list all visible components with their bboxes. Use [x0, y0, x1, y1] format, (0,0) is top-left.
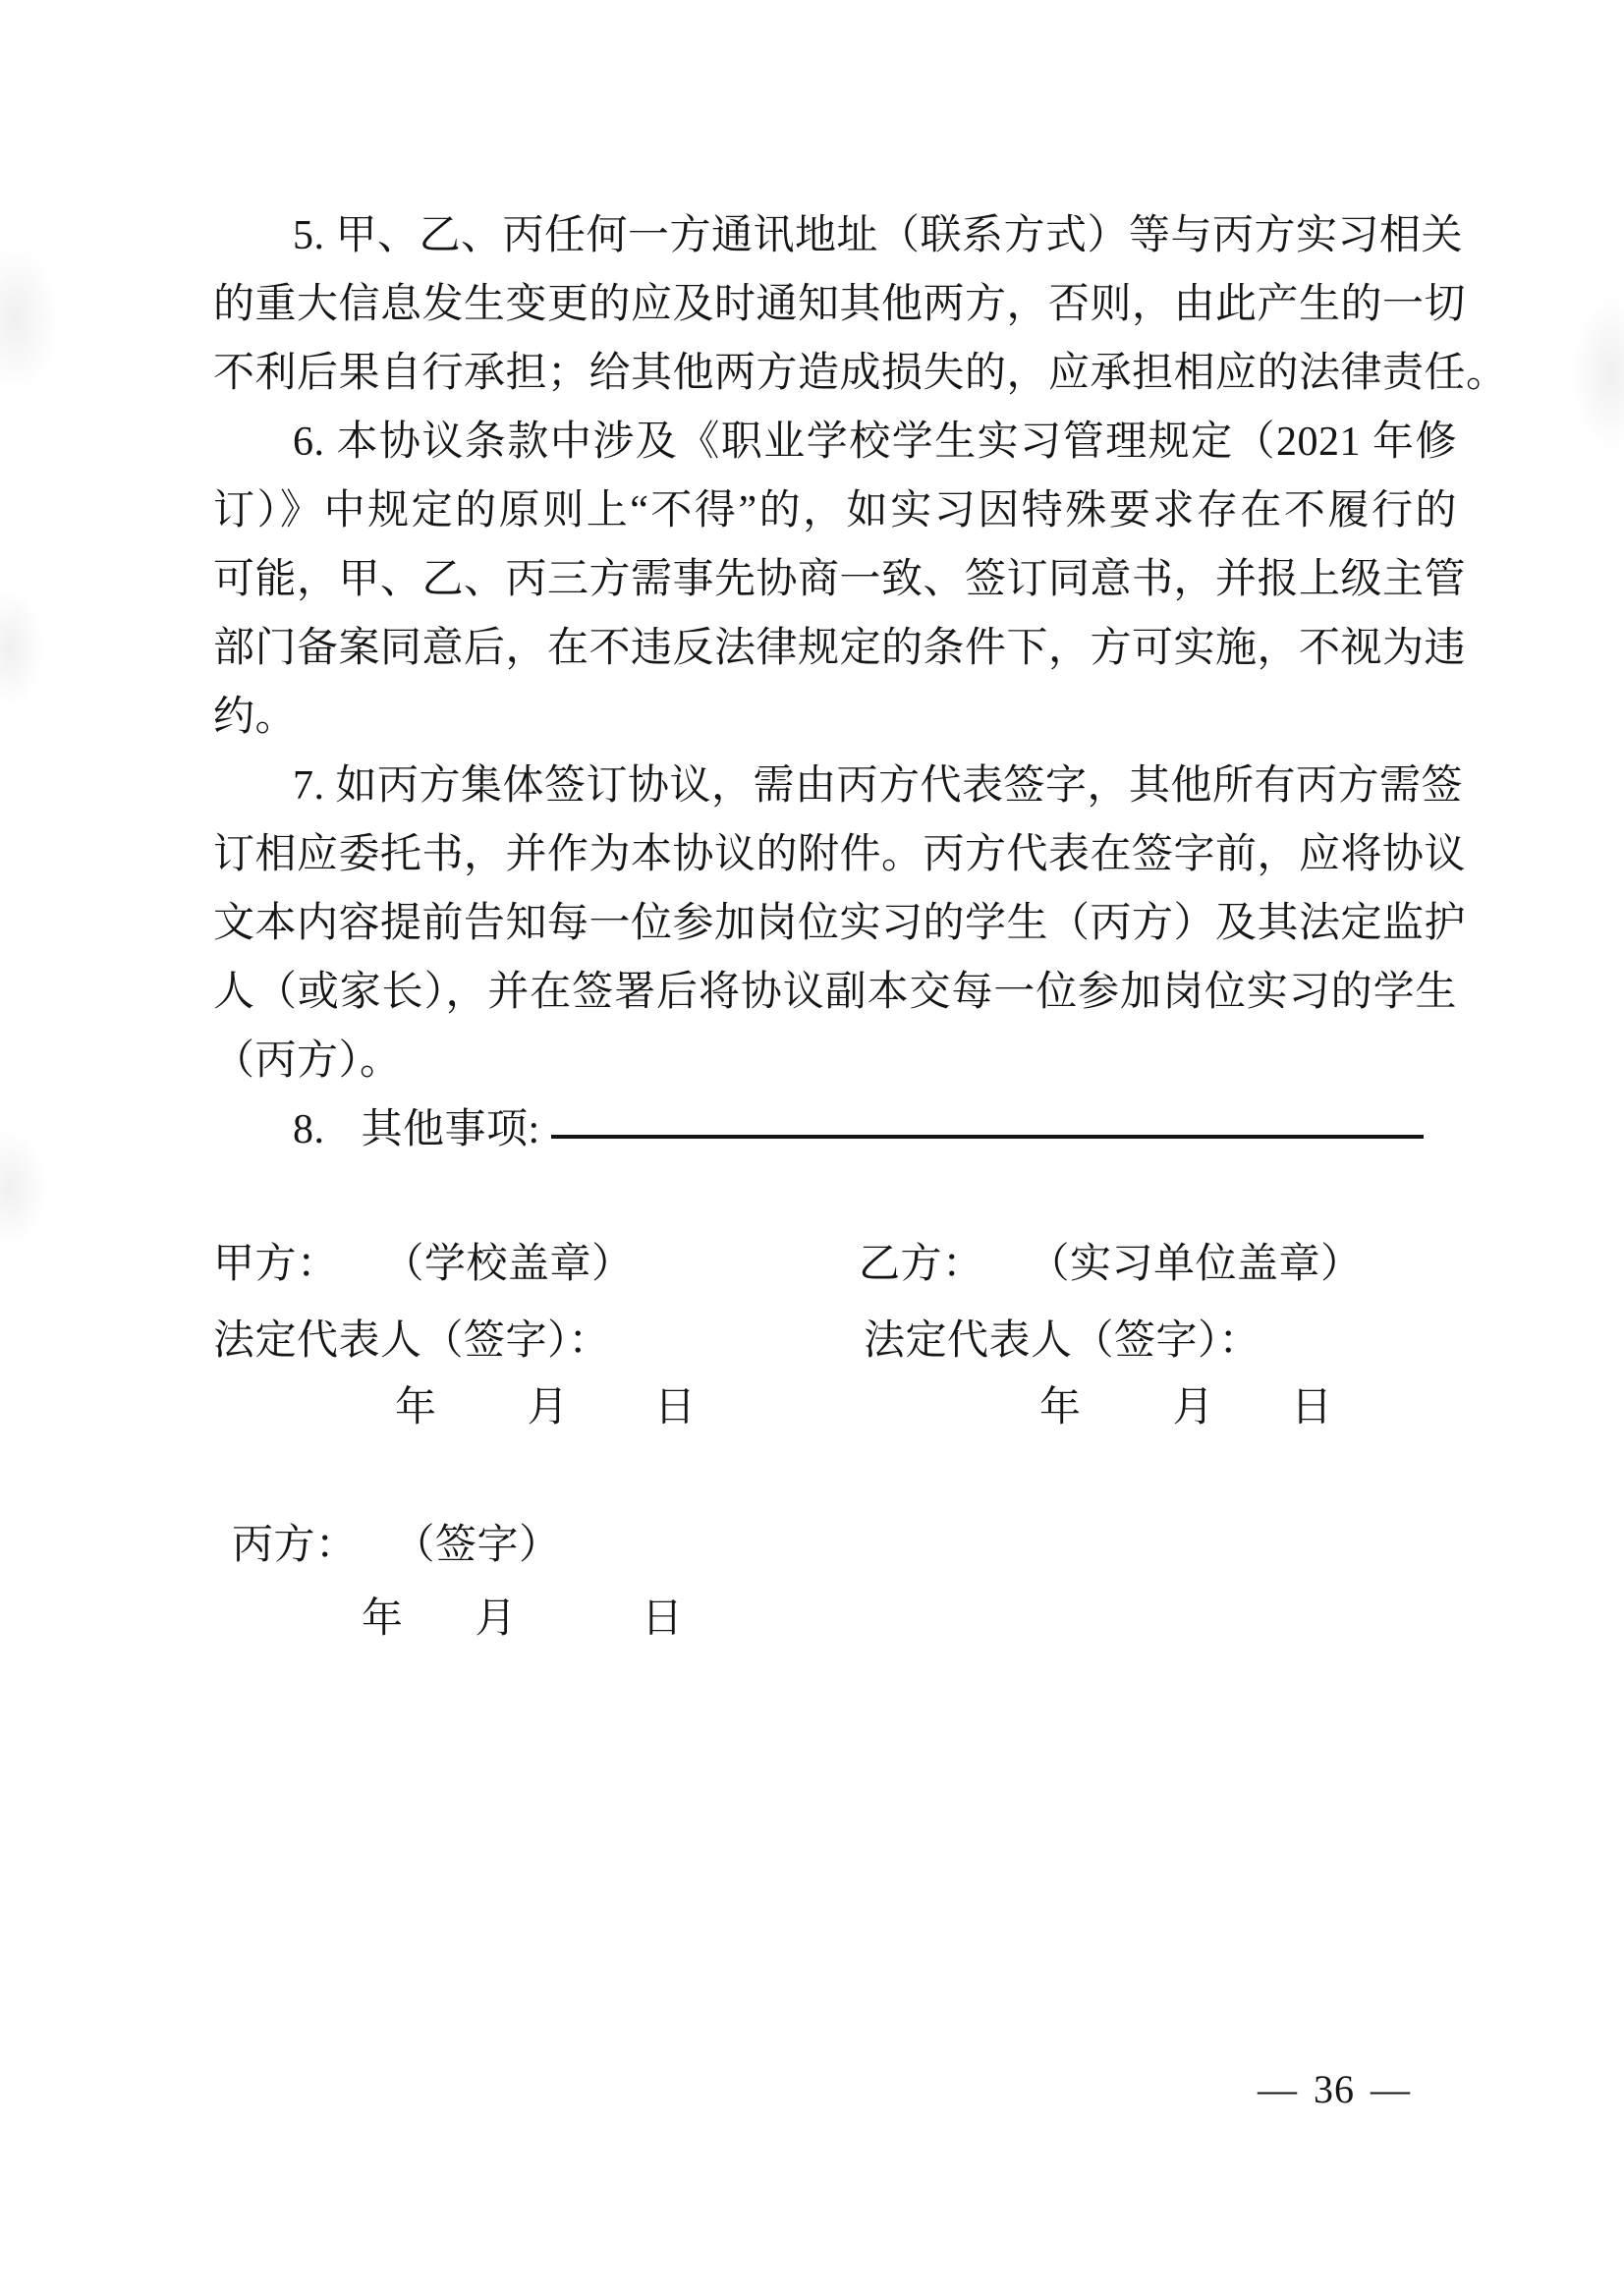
scan-smudge [0, 246, 59, 393]
rep-a-label: 法定代表人（签字）： [213, 1318, 610, 1364]
year-label: 年 [1039, 1385, 1082, 1430]
page-number-value: 36 [1314, 2067, 1355, 2111]
party-c-sign-note: （签字） [394, 1523, 561, 1568]
party-a-date-line: 年 月 日 [395, 1373, 697, 1442]
party-c-label: 丙方： [232, 1523, 358, 1568]
party-a-representative-line: 法定代表人（签字）： [213, 1307, 610, 1375]
party-a-seal-note: （学校盖章） [383, 1242, 634, 1287]
year-label: 年 [362, 1596, 404, 1642]
rep-b-label: 法定代表人（签字）： [864, 1318, 1260, 1364]
party-b-label: 乙方： [859, 1242, 984, 1287]
clause-7-line-5: （丙方）。 [213, 1027, 1457, 1095]
day-label: 日 [1291, 1385, 1333, 1430]
month-label: 月 [476, 1596, 518, 1642]
party-a-label: 甲方： [213, 1242, 339, 1287]
clause-6-line-3: 可能，甲、乙、丙三方需事先协商一致、签订同意书，并报上级主管 [213, 545, 1457, 614]
party-b-date-line: 年 月 日 [1039, 1373, 1333, 1442]
document-page: 5. 甲、乙、丙任何一方通讯地址（联系方式）等与丙方实习相关 的重大信息发生变更… [0, 0, 1624, 2296]
other-matters-label: 其他事项: [362, 1107, 540, 1152]
clause-6-line-5: 约。 [213, 683, 1457, 752]
clause-6-line-2: 订）》中规定的原则上“不得”的，如实习因特殊要求存在不履行的 [213, 476, 1457, 545]
clause-7-line-2: 订相应委托书，并作为本协议的附件。丙方代表在签字前，应将协议 [213, 820, 1457, 889]
clause-6-line-4: 部门备案同意后，在不违反法律规定的条件下，方可实施，不视为违 [213, 614, 1457, 683]
month-label: 月 [1173, 1385, 1215, 1430]
day-label: 日 [642, 1596, 684, 1642]
clause-6-line-1: 6. 本协议条款中涉及《职业学校学生实习管理规定（2021 年修 [213, 408, 1457, 476]
clause-5-line-1: 5. 甲、乙、丙任何一方通讯地址（联系方式）等与丙方实习相关 [213, 201, 1457, 270]
other-matters-number: 8. [293, 1107, 325, 1152]
year-label: 年 [395, 1385, 437, 1430]
clause-7-line-3: 文本内容提前告知每一位参加岗位实习的学生（丙方）及其法定监护 [213, 889, 1457, 958]
scan-smudge [0, 589, 44, 707]
party-b-representative-line: 法定代表人（签字）： [864, 1307, 1260, 1375]
clause-7-line-4: 人（或家长），并在签署后将协议副本交每一位参加岗位实习的学生 [213, 958, 1457, 1027]
party-c-signature-line: 丙方： （签字） [232, 1511, 561, 1580]
party-a-signature-line: 甲方： （学校盖章） [213, 1230, 634, 1299]
month-label: 月 [528, 1385, 570, 1430]
blank-underline [551, 1095, 1424, 1139]
day-label: 日 [654, 1385, 697, 1430]
clause-7-line-1: 7. 如丙方集体签订协议，需由丙方代表签字，其他所有丙方需签 [213, 752, 1457, 820]
other-matters-row: 8. 其他事项: [213, 1095, 1457, 1164]
party-b-signature-line: 乙方： （实习单位盖章） [859, 1230, 1363, 1299]
clause-5-line-3: 不利后果自行承担；给其他两方造成损失的，应承担相应的法律责任。 [213, 339, 1457, 408]
party-b-seal-note: （实习单位盖章） [1029, 1242, 1363, 1287]
agreement-clauses: 5. 甲、乙、丙任何一方通讯地址（联系方式）等与丙方实习相关 的重大信息发生变更… [213, 201, 1457, 1164]
party-c-date-line: 年 月 日 [362, 1585, 684, 1653]
page-number: —36— [1258, 2068, 1411, 2111]
scan-smudge [1572, 295, 1624, 452]
page-number-dash-right: — [1371, 2067, 1411, 2111]
page-number-dash-left: — [1258, 2067, 1298, 2111]
scan-smudge [0, 1130, 46, 1248]
clause-5-line-2: 的重大信息发生变更的应及时通知其他两方，否则，由此产生的一切 [213, 270, 1457, 339]
